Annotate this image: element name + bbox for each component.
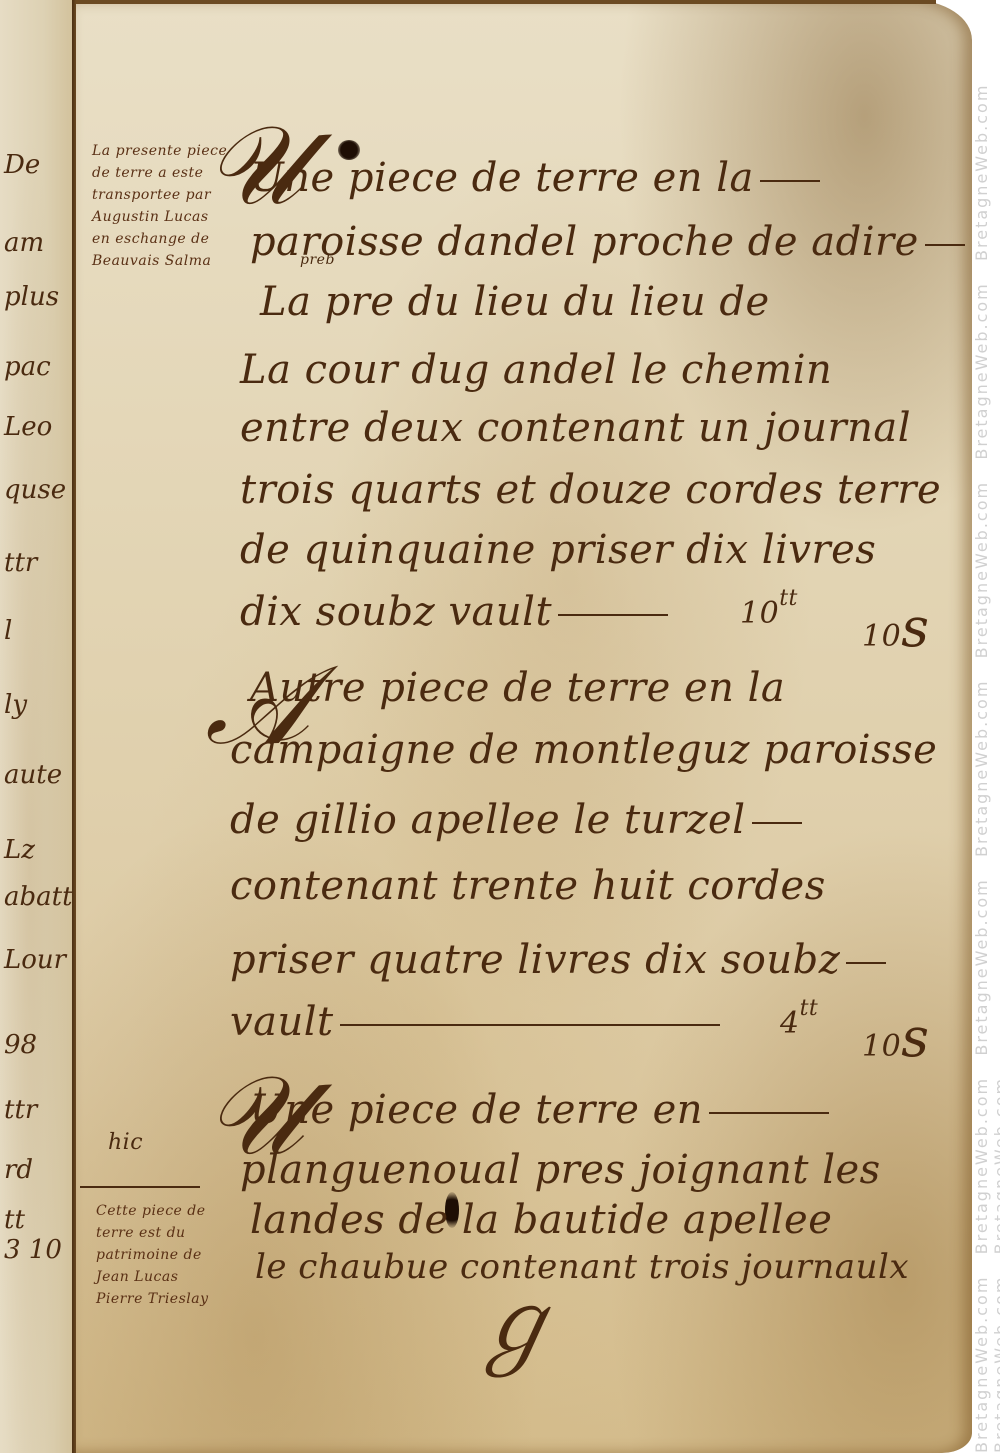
margin-note-bottom: Cette piece de terre est du patrimoine d… xyxy=(96,1200,209,1310)
text-line: priser quatre livres dix soubz xyxy=(230,940,886,980)
amount-sous: 10s xyxy=(862,596,929,659)
text-line: Une piece de terre en la xyxy=(250,158,820,198)
text-line: paroisse dandel proche de adire xyxy=(250,222,965,262)
text-line: campaigne de montleguz paroisse xyxy=(230,730,937,770)
text-line: planguenoual pres joignant les xyxy=(240,1150,881,1190)
facing-fragment: ttr xyxy=(4,1095,37,1125)
facing-fragment: Lour xyxy=(4,945,66,975)
margin-note-line: terre est du xyxy=(96,1222,209,1244)
prebende-insertion: preb xyxy=(300,252,335,268)
text-line: le chaubue contenant trois journaulx xyxy=(255,1250,909,1284)
facing-fragment: Lz xyxy=(4,835,35,865)
text-line: de gillio apellee le turzel xyxy=(230,800,802,840)
amount-livres: 4tt xyxy=(780,1006,818,1041)
text-line: contenant trente huit cordes xyxy=(230,866,826,906)
watermark: BretagneWeb.com BretagneWeb.com Bretagne… xyxy=(972,0,1000,1453)
text-line: entre deux contenant un journal xyxy=(240,408,911,448)
text-line: trois quarts et douze cordes terre xyxy=(240,470,941,510)
facing-page-edge: De am plus pac Leo quse ttr l ly aute Lz… xyxy=(0,0,74,1453)
text-line: Une piece de terre en xyxy=(250,1090,829,1130)
facing-fragment: abatt xyxy=(4,882,73,912)
margin-note-line: Cette piece de xyxy=(96,1200,209,1222)
facing-fragment: 3 10 xyxy=(4,1235,62,1265)
facing-fragment: aute xyxy=(4,760,62,790)
margin-note-line: patrimoine de xyxy=(96,1244,209,1266)
facing-fragment: pac xyxy=(4,352,51,382)
text-line: La pre du lieu du lieu de xyxy=(260,282,770,322)
text-line: de quinquaine priser dix livres xyxy=(240,530,876,570)
facing-fragment: am xyxy=(4,228,44,258)
facing-fragment: plus xyxy=(4,282,59,312)
facing-fragment: quse xyxy=(4,475,66,505)
amount-sous: 10s xyxy=(862,1006,929,1069)
text-line: La cour dug andel le chemin xyxy=(240,350,832,390)
margin-note-hic: hic xyxy=(108,1130,143,1155)
text-line: Autre piece de terre en la xyxy=(250,668,785,708)
text-line: landes de la bautide apellee xyxy=(250,1200,832,1240)
margin-note-line: Beauvais Salma xyxy=(92,250,227,272)
text-line: vault xyxy=(230,1002,720,1042)
facing-fragment: l xyxy=(4,616,12,646)
facing-fragment: 98 xyxy=(4,1030,37,1060)
amount-livres: 10tt xyxy=(740,596,798,631)
facing-fragment: ttr xyxy=(4,548,37,578)
facing-fragment: rd xyxy=(4,1155,33,1185)
manuscript-scan: De am plus pac Leo quse ttr l ly aute Lz… xyxy=(0,0,1000,1453)
margin-note-line: Jean Lucas xyxy=(96,1266,209,1288)
facing-fragment: De xyxy=(4,150,40,180)
text-line: dix soubz vault xyxy=(240,592,668,632)
page-top-edge xyxy=(76,0,936,4)
closing-flourish: ℊ xyxy=(470,1280,560,1370)
facing-fragment: tt xyxy=(4,1205,25,1235)
margin-rule xyxy=(80,1186,200,1188)
facing-fragment: Leo xyxy=(4,412,52,442)
margin-note-line: Pierre Trieslay xyxy=(96,1288,209,1310)
facing-fragment: ly xyxy=(4,690,27,720)
margin-note-line: en eschange de xyxy=(92,228,227,250)
